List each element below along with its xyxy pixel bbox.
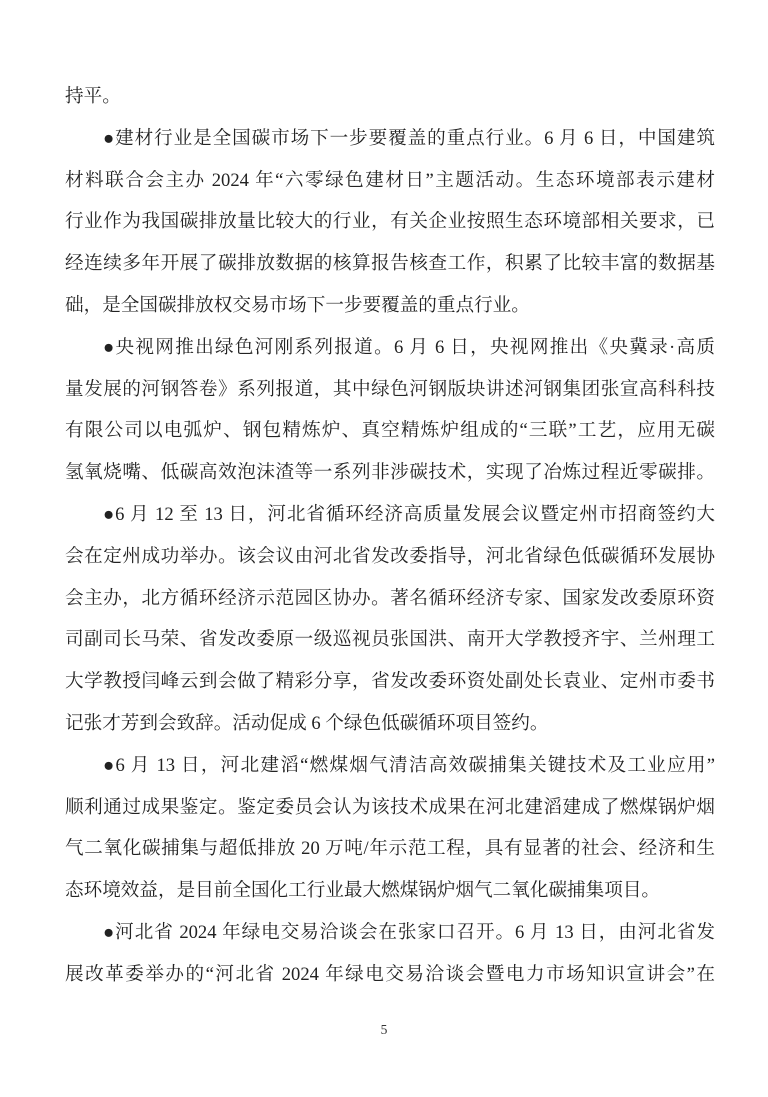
page-number: 5 (0, 1022, 768, 1038)
text-line: 顺利通过成果鉴定。鉴定委员会认为该技术成果在河北建滔建成了燃煤锅炉烟 (65, 787, 715, 829)
text-line: 会主办，北方循环经济示范园区协办。著名循环经济专家、国家发改委原环资 (65, 578, 715, 620)
text-line: 材料联合会主办 2024 年“六零绿色建材日”主题活动。生态环境部表示建材 (65, 160, 715, 202)
text-line: 行业作为我国碳排放量比较大的行业，有关企业按照生态环境部相关要求，已 (65, 201, 715, 243)
document-lines: 持平。●建材行业是全国碳市场下一步要覆盖的重点行业。6 月 6 日，中国建筑材料… (65, 76, 715, 996)
text-line: 会在定州成功举办。该会议由河北省发改委指导，河北省绿色低碳循环发展协 (65, 536, 715, 578)
text-line: 态环境效益，是目前全国化工行业最大燃煤锅炉烟气二氧化碳捕集项目。 (65, 870, 715, 912)
text-line: ●央视网推出绿色河刚系列报道。6 月 6 日，央视网推出《央冀录·高质 (65, 327, 715, 369)
text-line: 气二氧化碳捕集与超低排放 20 万吨/年示范工程，具有显著的社会、经济和生 (65, 828, 715, 870)
text-line: 持平。 (65, 76, 715, 118)
text-line: 量发展的河钢答卷》系列报道，其中绿色河钢版块讲述河钢集团张宣高科科技 (65, 369, 715, 411)
text-line: ●6 月 13 日，河北建滔“燃煤烟气清洁高效碳捕集关键技术及工业应用” (65, 745, 715, 787)
text-line: ●建材行业是全国碳市场下一步要覆盖的重点行业。6 月 6 日，中国建筑 (65, 118, 715, 160)
text-line: 展改革委举办的“河北省 2024 年绿电交易洽谈会暨电力市场知识宣讲会”在 (65, 954, 715, 996)
text-line: 经连续多年开展了碳排放数据的核算报告核查工作，积累了比较丰富的数据基 (65, 243, 715, 285)
text-line: 氢氧烧嘴、低碳高效泡沫渣等一系列非涉碳技术，实现了冶炼过程近零碳排。 (65, 452, 715, 494)
text-line: 有限公司以电弧炉、钢包精炼炉、真空精炼炉组成的“三联”工艺，应用无碳 (65, 410, 715, 452)
text-line: ●河北省 2024 年绿电交易洽谈会在张家口召开。6 月 13 日，由河北省发 (65, 912, 715, 954)
text-line: 大学教授闫峰云到会做了精彩分享，省发改委环资处副处长袁业、定州市委书 (65, 661, 715, 703)
text-line: 司副司长马荣、省发改委原一级巡视员张国洪、南开大学教授齐宇、兰州理工 (65, 619, 715, 661)
text-line: ●6 月 12 至 13 日，河北省循环经济高质量发展会议暨定州市招商签约大 (65, 494, 715, 536)
text-line: 记张才芳到会致辞。活动促成 6 个绿色低碳循环项目签约。 (65, 703, 715, 745)
document-page: 持平。●建材行业是全国碳市场下一步要覆盖的重点行业。6 月 6 日，中国建筑材料… (0, 0, 768, 1097)
text-line: 础，是全国碳排放权交易市场下一步要覆盖的重点行业。 (65, 285, 715, 327)
